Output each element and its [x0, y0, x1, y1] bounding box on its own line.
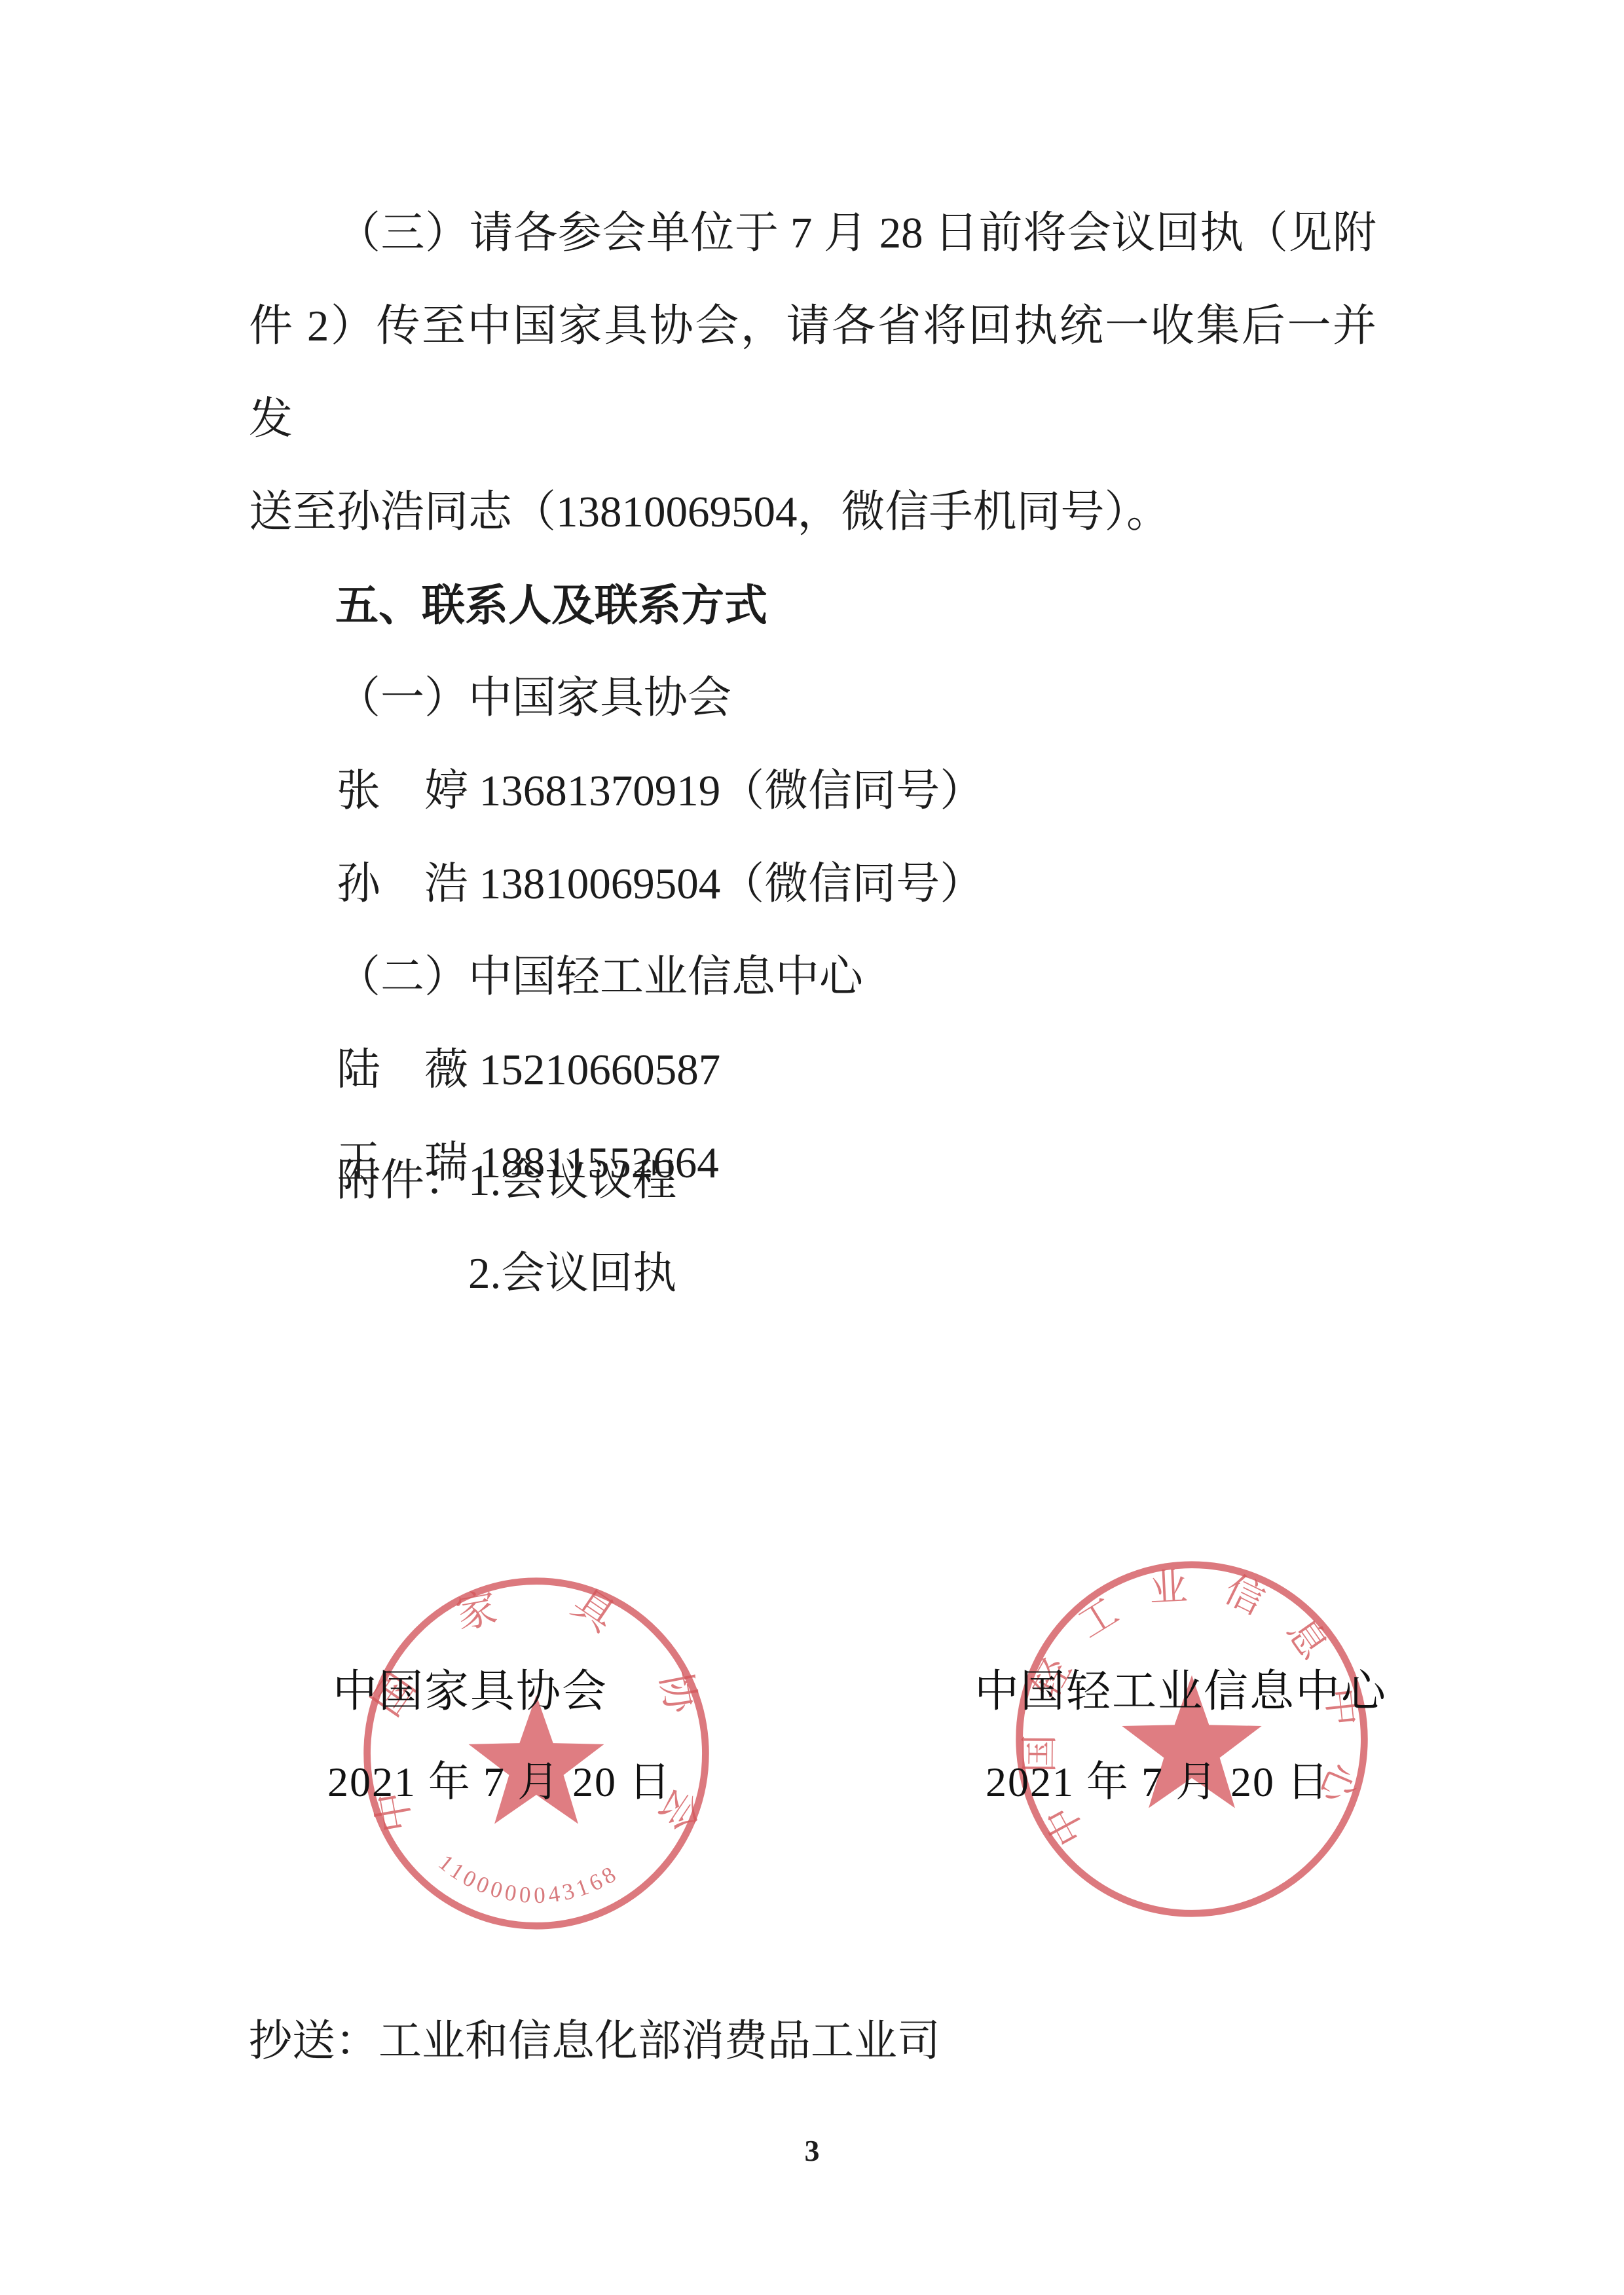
left-seal-stamp: 中国家具协会 1100000043168: [358, 1574, 714, 1933]
svg-text:1100000043168: 1100000043168: [434, 1850, 623, 1909]
contact-org-line: （二）中国轻工业信息中心: [249, 930, 1376, 1023]
contact-org-line: （一）中国家具协会: [249, 652, 1376, 744]
attachments-block: 附件：1.会议议程 2.会议回执: [249, 1134, 1376, 1320]
attachments-label: 附件：: [337, 1156, 468, 1205]
cc-line: 抄送：工业和信息化部消费品工业司: [249, 2015, 940, 2068]
section-heading: 五、联系人及联系方式: [249, 559, 1376, 652]
attachment-line: 附件：1.会议议程: [249, 1134, 1376, 1227]
paragraph-line: （三）请各参会单位于 7 月 28 日前将会议回执（见附: [249, 187, 1376, 280]
right-seal-stamp: 中国轻工业信息中心: [1008, 1557, 1375, 1921]
left-signer-org: 中国家具协会: [333, 1666, 608, 1716]
left-seal-graphic: 中国家具协会 1100000043168: [358, 1574, 714, 1933]
right-signer-org: 中国轻工业信息中心: [974, 1666, 1387, 1716]
paragraph-line: 件 2）传至中国家具协会，请各省将回执统一收集后一并发: [249, 280, 1376, 466]
attachment-line: 2.会议回执: [249, 1227, 1376, 1320]
attachment-item: 2.会议回执: [468, 1249, 676, 1298]
contact-person-line: 张 婷 13681370919（微信同号）: [249, 744, 1376, 837]
contact-person-line: 孙 浩 13810069504（微信同号）: [249, 837, 1376, 930]
right-signer-date: 2021 年 7 月 20 日: [986, 1757, 1330, 1807]
paragraph-line: 送至孙浩同志（13810069504，微信手机同号）。: [249, 466, 1376, 559]
contact-person-line: 陆 薇 15210660587: [249, 1023, 1376, 1116]
left-signer-date: 2021 年 7 月 20 日: [327, 1757, 672, 1807]
seal-serial-number: 1100000043168: [434, 1850, 623, 1909]
document-page: （三）请各参会单位于 7 月 28 日前将会议回执（见附 件 2）传至中国家具协…: [0, 0, 1624, 2295]
page-number: 3: [0, 2133, 1624, 2168]
body-text-block: （三）请各参会单位于 7 月 28 日前将会议回执（见附 件 2）传至中国家具协…: [249, 187, 1376, 1209]
right-seal-graphic: 中国轻工业信息中心: [1008, 1557, 1375, 1921]
attachment-item: 1.会议议程: [468, 1156, 676, 1205]
